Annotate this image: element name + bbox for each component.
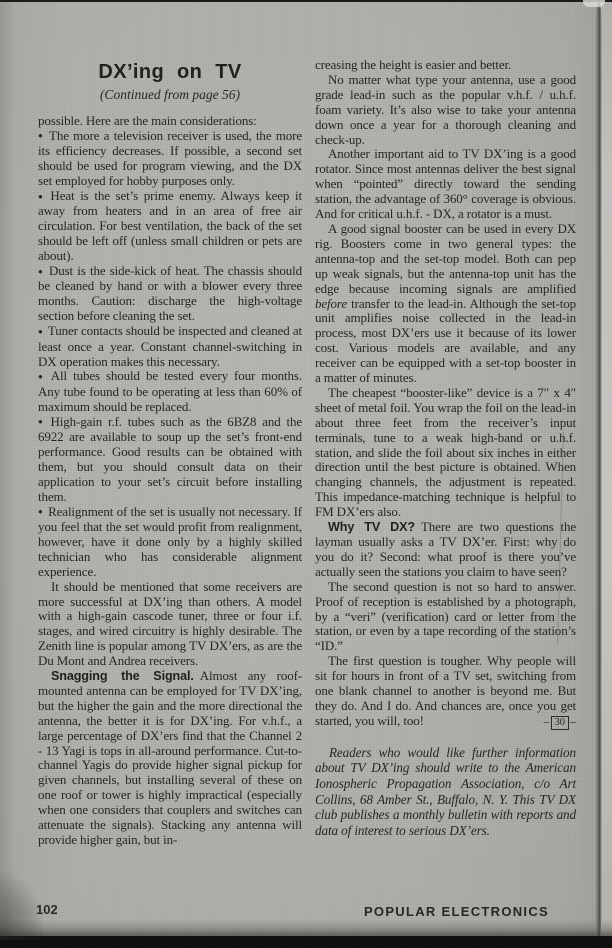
foil-paragraph: The cheapest “booster-like” device is a … [315, 386, 576, 520]
bullet-text: All tubes should be tested every four mo… [38, 368, 302, 413]
snagging-text: Almost any roof-mounted antenna can be e… [38, 668, 302, 847]
bullet-text: Heat is the set’s prime enemy. Always ke… [38, 188, 302, 263]
magazine-name: POPULAR ELECTRONICS [364, 904, 549, 919]
booster-paragraph: A good signal booster can be used in eve… [315, 222, 576, 386]
article-title: DX’ing on TV [38, 60, 302, 84]
booster-text-post: transfer to the lead-in. Although the se… [315, 296, 576, 386]
page-content: DX’ing on TV (Continued from page 56) po… [0, 0, 601, 940]
booster-italic-word: before [315, 296, 347, 311]
snagging-run-in-heading: Snagging the Signal. [51, 669, 194, 683]
readers-note: Readers who would like further informati… [315, 745, 576, 839]
bullet-icon: ● [38, 131, 49, 140]
continuation-line: creasing the height is easier and better… [315, 58, 576, 73]
bullet-item: ●Heat is the set’s prime enemy. Always k… [38, 189, 302, 264]
why-paragraph: Why TV DX?There are two questions the la… [315, 520, 576, 580]
snagging-paragraph: Snagging the Signal.Almost any roof-moun… [38, 669, 302, 848]
bullet-icon: ● [38, 417, 51, 426]
page-bottom-shadow [0, 920, 612, 936]
bullet-item: ●High-gain r.f. tubes such as the 6BZ8 a… [38, 415, 302, 505]
bullet-icon: ● [38, 372, 51, 381]
booster-text-pre: A good signal booster can be used in eve… [315, 221, 576, 296]
bullet-item: ●Dust is the side-kick of heat. The chas… [38, 264, 302, 324]
left-column: DX’ing on TV (Continued from page 56) po… [38, 58, 302, 848]
bullet-icon: ● [38, 507, 48, 516]
end-mark-number: 30 [551, 716, 570, 730]
answer-paragraph: The second question is not so hard to an… [315, 580, 576, 655]
page-corner-curl-shadow [0, 870, 46, 940]
bullet-item: ●Realignment of the set is usually not n… [38, 505, 302, 580]
right-column: creasing the height is easier and better… [315, 58, 576, 838]
bullet-text: The more a television receiver is used, … [38, 128, 302, 188]
end-mark-dash: – [544, 714, 550, 728]
adjacent-page-edge [601, 0, 612, 936]
why-run-in-heading: Why TV DX? [328, 520, 415, 534]
bullet-item: ●The more a television receiver is used,… [38, 129, 302, 189]
antenna-paragraph: No matter what type your antenna, use a … [315, 73, 576, 148]
bullet-item: ●Tuner contacts should be inspected and … [38, 324, 302, 369]
bullet-icon: ● [38, 327, 48, 336]
bullet-text: Tuner contacts should be inspected and c… [38, 323, 302, 368]
scan-corner-highlight [583, 0, 605, 7]
bullet-icon: ● [38, 192, 50, 201]
scan-top-edge [0, 0, 612, 2]
bullet-icon: ● [38, 267, 49, 276]
rotator-paragraph: Another important aid to TV DX’ing is a … [315, 147, 576, 222]
page-fold-shadow [595, 0, 602, 938]
end-mark-dash: – [570, 714, 576, 728]
receivers-paragraph: It should be mentioned that some receive… [38, 580, 302, 669]
magazine-page-scan: DX’ing on TV (Continued from page 56) po… [0, 0, 601, 940]
intro-paragraph: possible. Here are the main consideratio… [38, 114, 302, 129]
scan-bottom-black-band [0, 936, 612, 948]
bullet-item: ●All tubes should be tested every four m… [38, 369, 302, 414]
bullet-text: Realignment of the set is usually not ne… [38, 504, 302, 579]
continued-from-note: (Continued from page 56) [38, 87, 302, 103]
bullet-text: Dust is the side-kick of heat. The chass… [38, 263, 302, 323]
bullet-text: High-gain r.f. tubes such as the 6BZ8 an… [38, 414, 302, 504]
